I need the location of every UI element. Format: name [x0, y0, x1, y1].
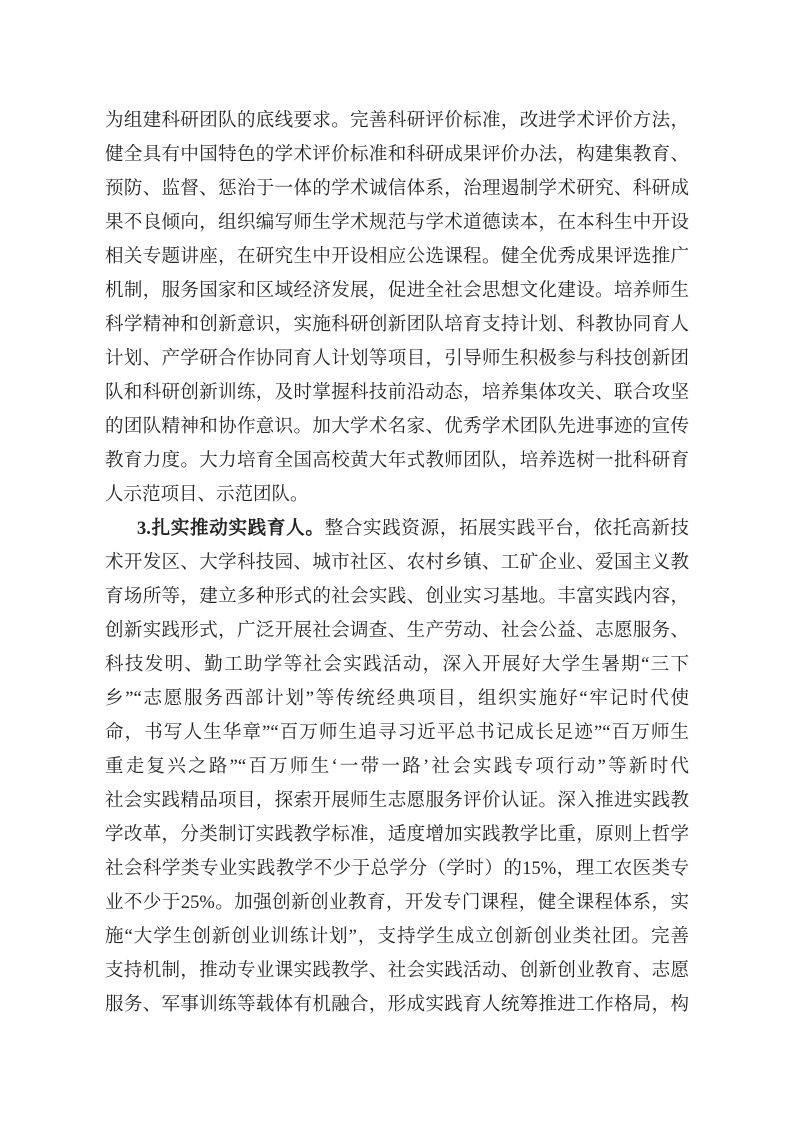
text-line: 育场所等，建立多种形式的社会实践、创业实习基地。丰富实践内容，	[105, 580, 689, 614]
text-line: 果不良倾向，组织编写师生学术规范与学术道德读本，在本科生中开设	[105, 206, 689, 240]
text-line: 社会科学类专业实践教学不少于总学分（学时）的15%，理工农医类专	[105, 852, 689, 886]
text-line: 计划、产学研合作协同育人计划等项目，引导师生积极参与科技创新团	[105, 342, 689, 376]
heading-line-rest: 整合实践资源，拓展实践平台，依托高新技	[325, 519, 689, 539]
text-line: 业不少于25%。加强创新创业教育，开发专门课程，健全课程体系，实	[105, 886, 689, 920]
text-line: 命，书写人生华章”“百万师生追寻习近平总书记成长足迹”“百万师生	[105, 716, 689, 750]
text-line: 乡”“志愿服务西部计划”等传统经典项目，组织实施好“牢记时代使	[105, 682, 689, 716]
text-line: 社会实践精品项目，探索开展师生志愿服务评价认证。深入推进实践教	[105, 784, 689, 818]
paragraph-continuation: 为组建科研团队的底线要求。完善科研评价标准，改进学术评价方法， 健全具有中国特色…	[105, 104, 689, 512]
text-line: 施“大学生创新创业训练计划”，支持学生成立创新创业类社团。完善	[105, 920, 689, 954]
text-line: 为组建科研团队的底线要求。完善科研评价标准，改进学术评价方法，	[105, 104, 689, 138]
paragraph-practice-education: 3.扎实推动实践育人。整合实践资源，拓展实践平台，依托高新技 术开发区、大学科技…	[105, 512, 689, 1022]
text-line-with-heading: 3.扎实推动实践育人。整合实践资源，拓展实践平台，依托高新技	[105, 512, 689, 546]
text-line: 相关专题讲座，在研究生中开设相应公选课程。健全优秀成果评选推广	[105, 240, 689, 274]
text-line: 预防、监督、惩治于一体的学术诚信体系，治理遏制学术研究、科研成	[105, 172, 689, 206]
text-line: 创新实践形式，广泛开展社会调查、生产劳动、社会公益、志愿服务、	[105, 614, 689, 648]
text-line: 的团队精神和协作意识。加大学术名家、优秀学术团队先进事迹的宣传	[105, 410, 689, 444]
text-line: 机制，服务国家和区域经济发展，促进全社会思想文化建设。培养师生	[105, 274, 689, 308]
text-line: 术开发区、大学科技园、城市社区、农村乡镇、工矿企业、爱国主义教	[105, 546, 689, 580]
text-line: 队和科研创新训练，及时掌握科技前沿动态，培养集体攻关、联合攻坚	[105, 376, 689, 410]
text-line: 科技发明、勤工助学等社会实践活动，深入开展好大学生暑期“三下	[105, 648, 689, 682]
text-line: 重走复兴之路”“百万师生‘一带一路’社会实践专项行动”等新时代	[105, 750, 689, 784]
text-line: 教育力度。大力培育全国高校黄大年式教师团队，培养选树一批科研育	[105, 444, 689, 478]
text-line: 健全具有中国特色的学术评价标准和科研成果评价办法，构建集教育、	[105, 138, 689, 172]
text-line: 学改革，分类制订实践教学标准，适度增加实践教学比重，原则上哲学	[105, 818, 689, 852]
text-line: 科学精神和创新意识，实施科研创新团队培育支持计划、科教协同育人	[105, 308, 689, 342]
text-line: 支持机制，推动专业课实践教学、社会实践活动、创新创业教育、志愿	[105, 954, 689, 988]
paragraph-heading: 3.扎实推动实践育人。	[137, 519, 325, 539]
document-page-body: 为组建科研团队的底线要求。完善科研评价标准，改进学术评价方法， 健全具有中国特色…	[105, 104, 689, 1022]
text-line: 服务、军事训练等载体有机融合，形成实践育人统筹推进工作格局，构	[105, 988, 689, 1022]
text-line-paragraph-end: 人示范项目、示范团队。	[105, 478, 689, 512]
